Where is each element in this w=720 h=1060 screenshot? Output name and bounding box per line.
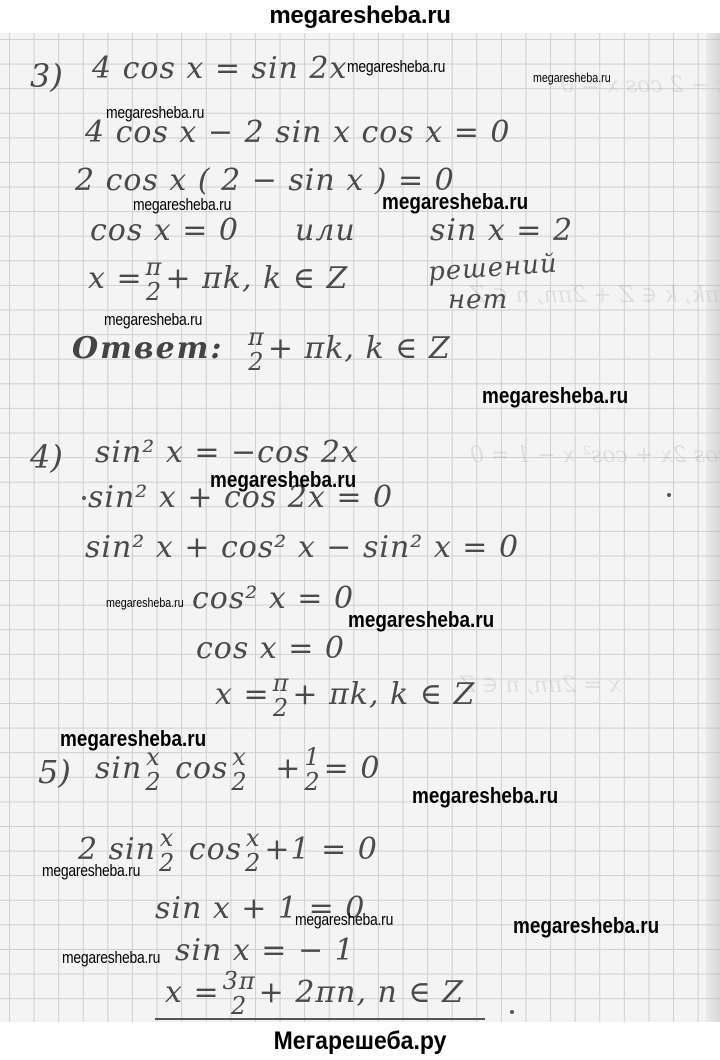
watermark: megaresheba.ru — [412, 783, 558, 809]
p4-solution: x =π2+ πk, k ∈ Z — [215, 671, 475, 721]
numerator: 1 — [304, 745, 320, 770]
numerator: x — [231, 745, 247, 770]
watermark: megaresheba.ru — [210, 467, 356, 493]
p3-solution-rhs: + πk, k ∈ Z — [165, 261, 348, 296]
p3-solution-lhs: x = — [88, 261, 143, 296]
p3-or: или — [295, 213, 356, 248]
denominator: 2 — [145, 770, 161, 795]
problem-5-number: 5) — [38, 753, 71, 791]
problem-4-number: 4) — [30, 438, 63, 476]
numerator: π — [273, 671, 290, 696]
p4-equation: sin² x = −cos 2x — [95, 435, 359, 470]
p5-solution-lhs: x = — [165, 975, 220, 1010]
pi-over-2: π2 — [146, 255, 163, 305]
watermark: megaresheba.ru — [482, 383, 628, 409]
x-over-2: x2 — [245, 826, 261, 876]
ink-dot — [510, 1010, 514, 1014]
p5-equation: sinx2 cosx2 +12= 0 — [95, 745, 380, 795]
problem-3-number: 3) — [30, 57, 63, 95]
p4-solution-lhs: x = — [215, 677, 270, 712]
p4-step-4: cos x = 0 — [196, 631, 345, 666]
watermark: megaresheba.ru — [347, 57, 445, 77]
one-half: 12 — [304, 745, 320, 795]
p4-solution-rhs: + πk, k ∈ Z — [292, 677, 475, 712]
denominator: 2 — [304, 770, 320, 795]
denominator: 2 — [223, 994, 256, 1019]
denominator: 2 — [146, 280, 163, 305]
denominator: 2 — [248, 350, 265, 375]
numerator: 3π — [223, 969, 256, 994]
watermark: megaresheba.ru — [104, 310, 202, 330]
watermark: megaresheba.ru — [513, 913, 659, 939]
pi-over-2: π2 — [273, 671, 290, 721]
p5-step-1-rhs: +1 = 0 — [264, 832, 378, 867]
notebook-page: sin 2x − 2 cos x = 0 x = π/2 + πk, k ∈ Z… — [0, 33, 720, 1022]
bleed-through-text: cos 2x + cos² x − 1 = 0 — [470, 443, 720, 468]
ink-dot — [82, 496, 86, 500]
p3-no-solutions-2: нет — [448, 285, 508, 315]
answer-underline — [155, 1018, 485, 1020]
p5-solution: x =3π2+ 2πn, n ∈ Z — [165, 969, 464, 1019]
watermark: megaresheba.ru — [106, 595, 184, 610]
denominator: 2 — [273, 696, 290, 721]
plus-sign: + — [275, 751, 301, 786]
answer-label: Ответ: — [72, 331, 223, 366]
p5-step-3: sin x = − 1 — [175, 933, 355, 968]
watermark: megaresheba.ru — [348, 607, 494, 633]
pi-over-2: π2 — [248, 325, 265, 375]
watermark: megaresheba.ru — [60, 726, 206, 752]
watermark: megaresheba.ru — [106, 103, 204, 123]
p3-answer-value: + πk, k ∈ Z — [268, 331, 451, 366]
numerator: x — [159, 826, 175, 851]
p5-rhs: = 0 — [324, 751, 381, 786]
watermark: megaresheba.ru — [62, 948, 160, 968]
p4-step-2: sin² x + cos² x − sin² x = 0 — [85, 530, 519, 565]
three-pi-over-2: 3π2 — [223, 969, 256, 1019]
p3-case-cos: cos x = 0 — [90, 213, 239, 248]
ink-dot — [667, 493, 671, 497]
p3-no-solutions-1: решений — [427, 249, 558, 288]
p4-step-3: cos² x = 0 — [192, 581, 354, 616]
x-over-2: x2 — [159, 826, 175, 876]
watermark: megaresheba.ru — [295, 910, 393, 930]
watermark: megaresheba.ru — [42, 861, 140, 881]
p5-solution-rhs: + 2πn, n ∈ Z — [259, 975, 464, 1010]
x-over-2: x2 — [145, 745, 161, 795]
footer-watermark: Мегарешеба.ру — [29, 1022, 691, 1060]
bleed-through-text: x = 2πn, n ∈ Z — [460, 673, 621, 698]
watermark: megaresheba.ru — [382, 189, 528, 215]
sin-fn: sin — [95, 751, 142, 786]
cos-fn: cos — [189, 832, 242, 867]
denominator: 2 — [159, 851, 175, 876]
watermark: megaresheba.ru — [533, 70, 611, 85]
p3-equation: 4 cos x = sin 2x — [92, 51, 347, 86]
p3-case-sin: sin x = 2 — [430, 213, 573, 248]
watermark: megaresheba.ru — [133, 195, 231, 215]
denominator: 2 — [231, 770, 247, 795]
numerator: x — [245, 826, 261, 851]
numerator: π — [146, 255, 163, 280]
x-over-2: x2 — [231, 745, 247, 795]
p3-answer: Ответ: π2+ πk, k ∈ Z — [72, 325, 451, 375]
p3-solution: x =π2+ πk, k ∈ Z — [88, 255, 348, 305]
denominator: 2 — [245, 851, 261, 876]
numerator: π — [248, 325, 265, 350]
header-watermark: megaresheba.ru — [0, 0, 720, 34]
cos-fn: cos — [175, 751, 228, 786]
